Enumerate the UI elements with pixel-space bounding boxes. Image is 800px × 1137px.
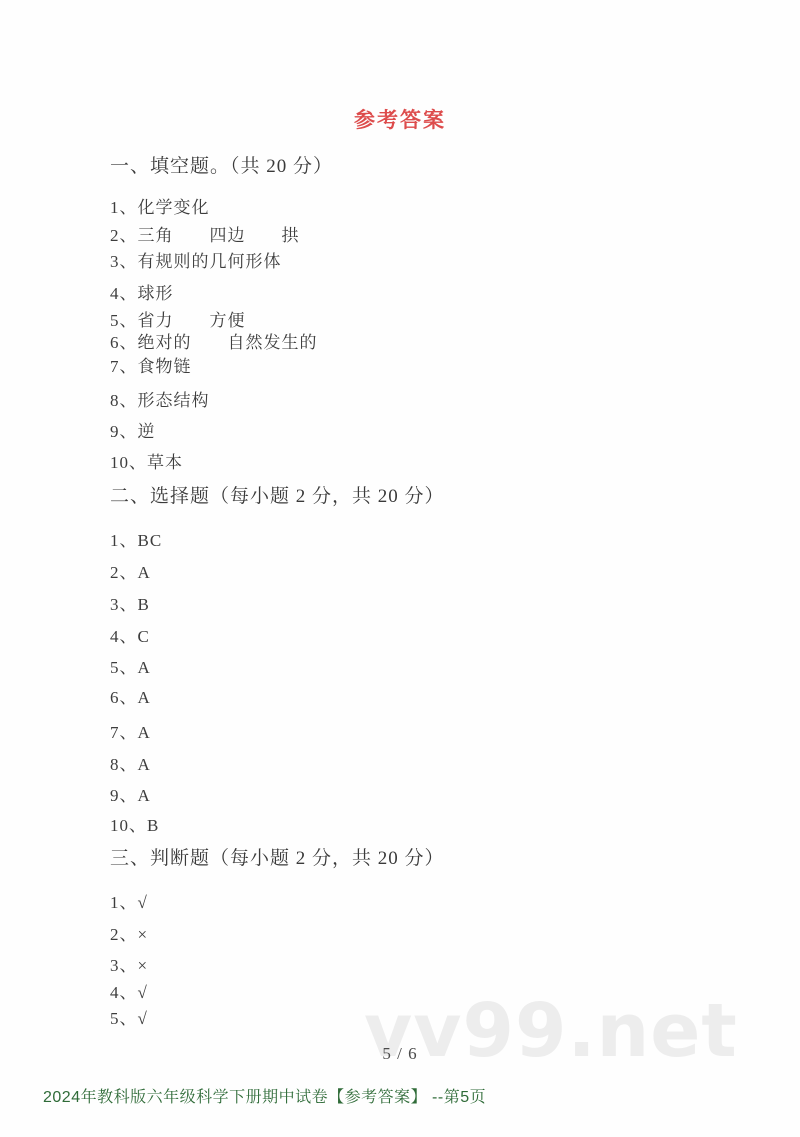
- answer-line: 7、食物链: [110, 352, 192, 377]
- answer-line: 5、A: [110, 653, 151, 678]
- answer-line: 5、√: [110, 1004, 148, 1029]
- section-heading-fill-blanks: 一、填空题。（共 20 分）: [110, 151, 333, 178]
- answer-line: 6、绝对的 自然发生的: [110, 328, 318, 353]
- answer-line: 3、有规则的几何形体: [110, 247, 282, 272]
- answer-line: 1、BC: [110, 526, 162, 551]
- answer-line: 2、×: [110, 920, 148, 945]
- page-title: 参考答案: [0, 104, 800, 134]
- page-number: 5 / 6: [0, 1044, 800, 1064]
- answer-line: 9、逆: [110, 417, 156, 442]
- answer-sheet-page: 参考答案 一、填空题。（共 20 分） 1、化学变化 2、三角 四边 拱 3、有…: [0, 0, 800, 1137]
- answer-line: 8、形态结构: [110, 386, 210, 411]
- answer-line: 1、√: [110, 888, 148, 913]
- answer-line: 3、B: [110, 590, 150, 615]
- answer-line: 1、化学变化: [110, 193, 210, 218]
- answer-line: 6、A: [110, 683, 151, 708]
- footer-text: 2024年教科版六年级科学下册期中试卷【参考答案】 --第5页: [43, 1084, 486, 1107]
- answer-line: 8、A: [110, 750, 151, 775]
- answer-line: 4、√: [110, 978, 148, 1003]
- section-heading-multiple-choice: 二、选择题（每小题 2 分，共 20 分）: [110, 481, 445, 508]
- answer-line: 4、C: [110, 622, 150, 647]
- answer-line: 10、B: [110, 811, 159, 836]
- answer-line: 9、A: [110, 781, 151, 806]
- answer-line: 10、草本: [110, 448, 183, 473]
- answer-line: 2、三角 四边 拱: [110, 221, 300, 246]
- answer-line: 3、×: [110, 951, 148, 976]
- answer-line: 7、A: [110, 718, 151, 743]
- answer-line: 4、球形: [110, 279, 174, 304]
- section-heading-true-false: 三、判断题（每小题 2 分，共 20 分）: [110, 843, 445, 870]
- answer-line: 2、A: [110, 558, 151, 583]
